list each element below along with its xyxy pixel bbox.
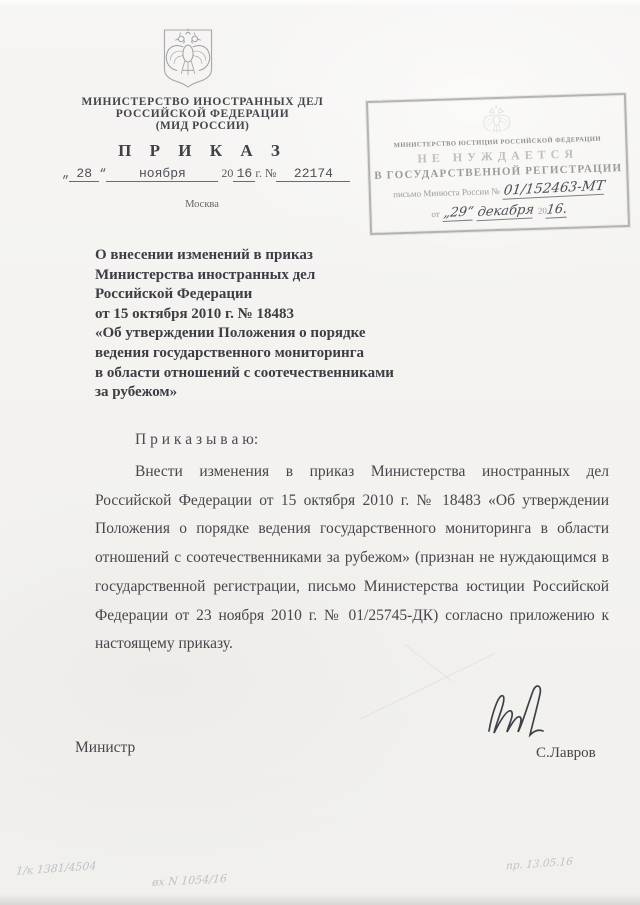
stamp-from-label: от xyxy=(431,209,440,219)
scanned-order-page: МИНИСТЕРСТВО ИНОСТРАННЫХ ДЕЛ РОССИЙСКОЙ … xyxy=(0,0,640,905)
date-number-line: „28“ноября 2016г. №22174 xyxy=(62,166,362,190)
org-name-line2: РОССИЙСКОЙ ФЕДЕРАЦИИ xyxy=(25,108,380,120)
date-day: 28 xyxy=(69,166,99,182)
stamp-eagle-icon xyxy=(479,101,514,138)
pencil-note-center: вх N 1054/16 xyxy=(151,872,227,889)
stamp-letter-label: письмо Минюста России № xyxy=(393,186,500,199)
scan-crease xyxy=(359,653,494,720)
pencil-note-left: 1/к 1381/4504 xyxy=(16,859,97,878)
document-number: 22174 xyxy=(276,166,350,182)
year-suffix: г. xyxy=(255,166,262,180)
pencil-note-right: пр. 13.05.16 xyxy=(506,856,574,873)
city-label: Москва xyxy=(62,199,342,210)
scan-edge-top xyxy=(0,0,640,7)
stamp-day-handwritten: „29“ xyxy=(443,204,475,222)
org-name-line1: МИНИСТЕРСТВО ИНОСТРАННЫХ ДЕЛ xyxy=(25,96,380,108)
number-sign: № xyxy=(265,166,276,180)
stamp-letter-number-handwritten: 01/152463-МТ xyxy=(503,178,606,200)
open-quote: „ xyxy=(62,167,69,181)
stamp-year-handwritten: 16. xyxy=(546,202,569,219)
date-year: 16 xyxy=(233,166,255,182)
title-line: от 15 октября 2010 г. № 18483 xyxy=(95,305,525,325)
title-line: О внесении изменений в приказ xyxy=(95,246,525,266)
signer-post-label: Министр xyxy=(75,739,135,757)
coat-of-arms-icon xyxy=(160,26,216,90)
signer-name: С.Лавров xyxy=(536,745,596,762)
document-type-heading: П Р И К А З xyxy=(25,141,380,161)
scan-edge-bottom xyxy=(0,894,640,905)
title-line: ведения государственного мониторинга xyxy=(95,344,525,364)
date-month: ноября xyxy=(106,166,218,182)
order-lead-in: П р и к а з ы в а ю: xyxy=(135,431,258,449)
close-quote: “ xyxy=(99,167,106,181)
title-line: за рубежом» xyxy=(95,383,525,403)
title-line: Российской Федерации xyxy=(95,285,525,305)
title-line: «Об утверждении Положения о порядке xyxy=(95,324,525,344)
year-prefix: 20 xyxy=(221,166,233,180)
title-line: в области отношений с соотечественниками xyxy=(95,364,525,384)
order-title: О внесении изменений в приказ Министерст… xyxy=(95,246,525,403)
justice-ministry-stamp: МИНИСТЕРСТВО ЮСТИЦИИ РОССИЙСКОЙ ФЕДЕРАЦИ… xyxy=(366,93,630,235)
org-name-line3: (МИД РОССИИ) xyxy=(25,120,380,132)
handwritten-signature xyxy=(482,681,546,751)
stamp-date-row: от „29“ декабря 2016. xyxy=(371,198,627,224)
title-line: Министерства иностранных дел xyxy=(95,266,525,286)
stamp-month-handwritten: декабря xyxy=(477,202,535,221)
order-paragraph: Внести изменения в приказ Министерства и… xyxy=(95,458,609,659)
